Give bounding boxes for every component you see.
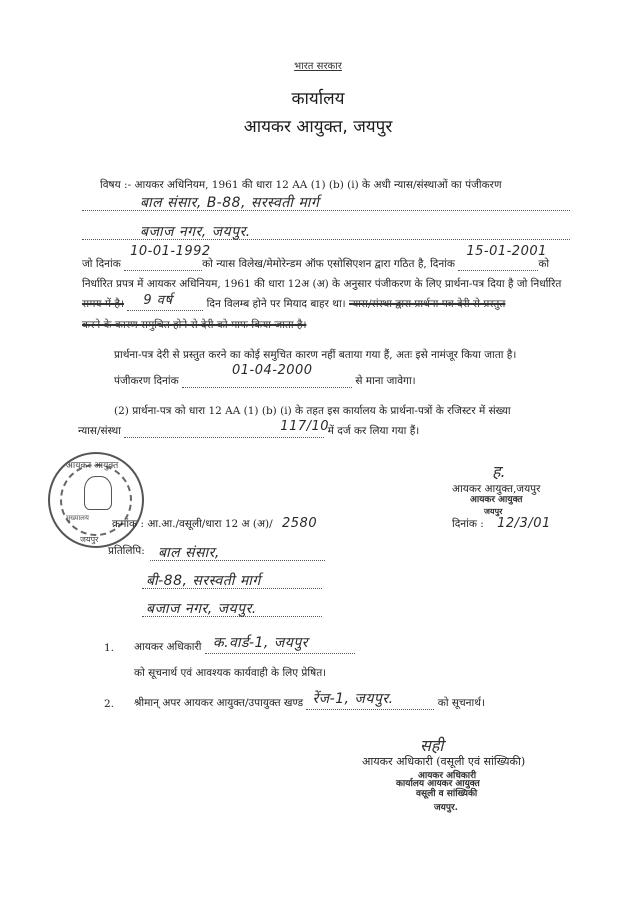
register-number: 117/10: [280, 419, 329, 434]
para1-line1: जो दिनांक 10-01-1992 को न्यास विलेख/मेमो…: [82, 257, 549, 271]
order-date: दिनांक : 12/3/01: [452, 516, 551, 531]
distribution-number-1: 1.: [104, 642, 114, 654]
commissioner-signature: ह.: [492, 460, 506, 482]
copy-address-line-1: बाल संसार,: [150, 542, 325, 561]
officer-stamp-4: जयपुर.: [434, 800, 458, 813]
distribution-item-1-purpose: को सूचनार्थ एवं आवश्यक कार्यवाही के लिए …: [134, 666, 326, 680]
distribution-item-2: श्रीमान् अपर आयकर आयुक्त/उपायुक्त खण्ड र…: [134, 696, 485, 710]
authority-title: आयकर आयुक्त, जयपुर: [0, 114, 636, 137]
government-header: भारत सरकार: [0, 58, 636, 72]
para1-line2: निर्धारित प्रपत्र में आयकर अधिनियम, 1961…: [82, 277, 561, 291]
registration-date: 01-04-2000: [232, 363, 313, 378]
copy-address-line-3: बजाज नगर, जयपुर.: [142, 598, 322, 617]
registration-line: पंजीकरण दिनांक 01-04-2000 से माना जावेगा…: [114, 374, 416, 388]
copy-to-label: प्रतिलिपि:: [108, 544, 145, 558]
rejection-text: प्रार्थना-पत्र देरी से प्रस्तुत करने का …: [114, 348, 516, 362]
register-line: न्यास/संस्था 117/10 में दर्ज कर लिया गया…: [78, 424, 419, 438]
officer-stamp-3: वसूली व सांख्यिकी: [416, 786, 477, 799]
reference-number: क्रमांक : आ.आ./वसूली/धारा 12 अ (अ)/ 2580: [112, 516, 317, 531]
trust-name-line-1: बाल संसार, B-88, सरस्वती मार्ग: [82, 192, 570, 211]
national-emblem-icon: [84, 476, 112, 510]
officer-signature: सही: [420, 734, 443, 756]
office-title: कार्यालय: [0, 86, 636, 109]
distribution-number-2: 2.: [104, 698, 114, 710]
formation-date: 10-01-1992: [130, 244, 211, 259]
commissioner-stamp: आयकर आयुक्त: [470, 492, 523, 505]
trust-name-2: बजाज नगर, जयपुर.: [140, 224, 251, 240]
register-text: (2) प्रार्थना-पत्र को धारा 12 AA (1) (b)…: [114, 404, 511, 418]
trust-name-line-2: बजाज नगर, जयपुर.: [82, 221, 570, 240]
officer-title: आयकर अधिकारी (वसूली एवं सांख्यिकी): [362, 754, 525, 769]
subject-line: विषय :- आयकर अधिनियम, 1961 की धारा 12 AA…: [100, 178, 502, 192]
para1-line3: समय में है। 9 वर्ष दिन विलम्ब होने पर मि…: [82, 297, 505, 311]
para1-line4: करने के कारण समुचित होने से देरी को माफ …: [82, 318, 306, 332]
trust-name-1: बाल संसार, B-88, सरस्वती मार्ग: [140, 195, 319, 211]
official-seal: आयकर आयुक्त मुख्यालय जयपुर: [48, 452, 144, 548]
delay-value: 9 वर्ष: [143, 290, 172, 308]
copy-address-line-2: बी-88, सरस्वती मार्ग: [142, 570, 322, 589]
distribution-item-1: आयकर अधिकारी क.वार्ड-1, जयपुर: [134, 640, 355, 654]
application-date: 15-01-2001: [466, 244, 547, 259]
